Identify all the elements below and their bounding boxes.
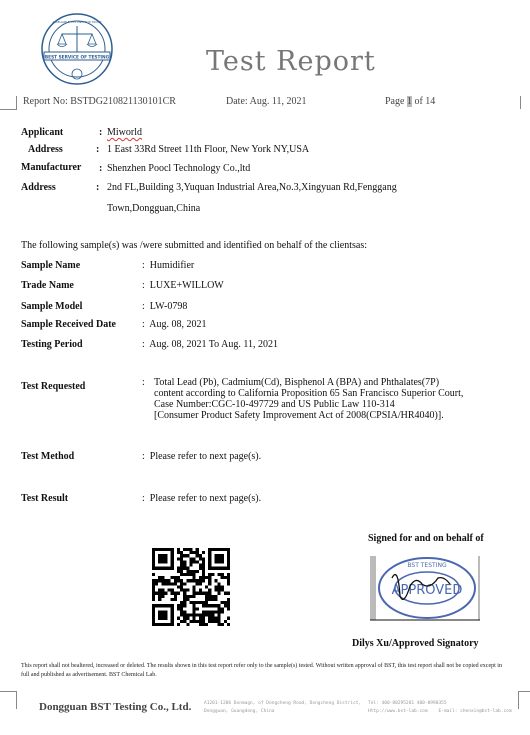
applicant-name: Miworld	[107, 127, 142, 138]
test-result-label: Test Result	[21, 493, 68, 504]
report-date: Date: Aug. 11, 2021	[226, 96, 306, 107]
signed-for-text: Signed for and on behalf of	[368, 533, 484, 544]
colon: :	[142, 377, 145, 388]
header-corner-right	[520, 96, 530, 109]
bst-logo-seal: BEST SERVICE OF TESTING A RELIABLE TESTI…	[40, 12, 114, 86]
applicant-value: Miworld	[107, 127, 142, 138]
footer-corner-left	[0, 691, 17, 709]
applicant-label: Applicant	[21, 127, 63, 138]
page-prefix: Page	[385, 96, 407, 107]
qr-code	[152, 548, 230, 626]
testing-period-label: Testing Period	[21, 339, 83, 350]
test-method: Please refer to next page(s).	[150, 451, 261, 462]
test-result-value: : Please refer to next page(s).	[142, 493, 261, 504]
sample-model-label: Sample Model	[21, 301, 82, 312]
test-requested-line: Total Lead (Pb), Cadmium(Cd), Bisphenol …	[154, 377, 494, 388]
sample-name: Humidifier	[150, 260, 194, 271]
test-method-label: Test Method	[21, 451, 74, 462]
footer-company-name: Dongguan BST Testing Co., Ltd.	[39, 701, 191, 713]
trade-name: LUXE+WILLOW	[150, 280, 224, 291]
svg-text:APPROVED: APPROVED	[392, 583, 463, 598]
footer-contact: Tel: 400-88295281 400-8990355 Http://www…	[368, 700, 512, 716]
applicant-address-value: 1 East 33Rd Street 11th Floor, New York …	[107, 144, 309, 155]
footer-corner-right	[518, 691, 530, 709]
document-title: Test Report	[206, 46, 376, 77]
test-requested-value: Total Lead (Pb), Cadmium(Cd), Bisphenol …	[154, 377, 494, 421]
colon: :	[99, 163, 102, 174]
intro-text: The following sample(s) was /were submit…	[21, 240, 367, 251]
applicant-address-label: Address	[28, 144, 63, 155]
footer-address: A1201-1206 Donmagn, of Dongcheng Road, D…	[204, 700, 361, 716]
sample-model: LW-0798	[150, 301, 188, 312]
received-date-value: : Aug. 08, 2021	[142, 319, 206, 330]
test-requested-line: content according to California Proposit…	[154, 388, 494, 399]
colon: :	[96, 144, 99, 155]
report-number: Report No: BSTDG210821130101CR	[23, 96, 176, 107]
footer-email: E-mail: chenxin@bst-lab.com	[438, 709, 511, 714]
trade-name-label: Trade Name	[21, 280, 74, 291]
trade-name-value: : LUXE+WILLOW	[142, 280, 224, 291]
testing-period-value: : Aug. 08, 2021 To Aug. 11, 2021	[142, 339, 278, 350]
signatory-name: Dilys Xu/Approved Signatory	[352, 638, 479, 649]
manufacturer-address-line2: Town,Dongguan,China	[107, 203, 200, 214]
sample-name-label: Sample Name	[21, 260, 80, 271]
svg-text:BEST SERVICE OF TESTING: BEST SERVICE OF TESTING	[45, 55, 110, 61]
footer-website: Http://www.bst-lab.com	[368, 709, 428, 714]
received-date-label: Sample Received Date	[21, 319, 116, 330]
test-requested-line: [Consumer Product Safety Improvement Act…	[154, 410, 494, 421]
colon: :	[99, 127, 102, 138]
footer-address-line2: Dongguan, Guangdong, China	[204, 708, 361, 716]
colon: :	[96, 182, 99, 193]
svg-text:A RELIABLE TESTING FOR TRUST: A RELIABLE TESTING FOR TRUST	[52, 20, 101, 24]
manufacturer-address-label: Address	[21, 182, 56, 193]
test-result: Please refer to next page(s).	[150, 493, 261, 504]
received-date: Aug. 08, 2021	[149, 319, 206, 330]
manufacturer-value: Shenzhen Poocl Technology Co.,ltd	[107, 163, 250, 174]
header-corner-left	[0, 96, 17, 110]
approved-stamp: APPROVED BST TESTING	[370, 556, 484, 622]
testing-period: Aug. 08, 2021 To Aug. 11, 2021	[149, 339, 278, 350]
manufacturer-label: Manufacturer	[21, 162, 81, 173]
test-requested-line: Case Number:CGC-10-497729 and US Public …	[154, 399, 494, 410]
page-indicator: Page 1 of 14	[385, 96, 435, 107]
test-requested-label: Test Requested	[21, 381, 85, 392]
svg-text:BST TESTING: BST TESTING	[407, 562, 447, 569]
footer-tel: Tel: 400-88295281 400-8990355	[368, 700, 512, 708]
disclaimer-text: This report shall not bealtered, increas…	[21, 662, 511, 680]
footer-address-line1: A1201-1206 Donmagn, of Dongcheng Road, D…	[204, 700, 361, 708]
manufacturer-address-line1: 2nd FL,Building 3,Yuquan Industrial Area…	[107, 182, 397, 193]
test-method-value: : Please refer to next page(s).	[142, 451, 261, 462]
sample-model-value: : LW-0798	[142, 301, 187, 312]
sample-name-value: : Humidifier	[142, 260, 194, 271]
page-total: of 14	[412, 96, 435, 107]
